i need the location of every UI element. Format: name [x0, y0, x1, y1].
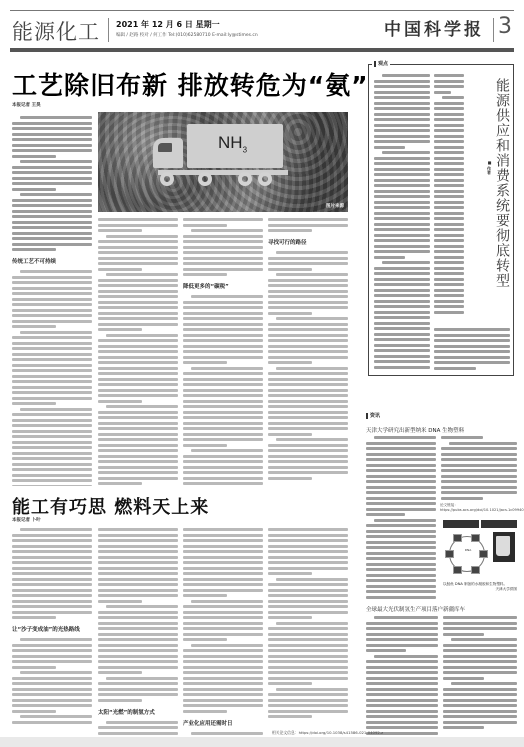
- label-marker-icon: [374, 61, 376, 67]
- lead-column-4: 寻找可行的路径: [268, 218, 348, 488]
- cycle-node-image: [471, 534, 480, 542]
- second-byline: 本报记者 卜叶: [12, 517, 41, 523]
- second-column-4: [268, 528, 348, 728]
- figure-caption: 以鲑鱼 DNA 制备的水凝胶和生物塑料。 天津大学供图: [443, 582, 517, 592]
- photo-credit: 图片来源: [326, 203, 344, 209]
- nh3-label: NH3: [218, 133, 247, 154]
- news-brief-label: 资讯: [366, 412, 380, 419]
- page-bottom-margin: [0, 737, 524, 747]
- lead-headline: 工艺除旧布新 排放转危为“氨”: [12, 66, 369, 102]
- brief-1-column-2: [441, 436, 517, 500]
- subhead: 传统工艺不可持续: [12, 257, 92, 265]
- top-rule: [10, 10, 514, 11]
- viewpoint-column-2: [434, 74, 464, 324]
- brief-2-column-1: [366, 616, 438, 736]
- subhead: 降低更多的“碳税”: [183, 282, 263, 290]
- cycle-node-image: [479, 550, 488, 558]
- subhead: 太阳“光燃”的制氢方式: [98, 708, 178, 716]
- brief-1-column-1: [366, 436, 436, 600]
- bioplastic-cup-image: [496, 536, 510, 556]
- hydrogel-strip-image: [481, 520, 517, 528]
- hydrogel-strip-image: [443, 520, 479, 528]
- viewpoint-label: 观点: [372, 60, 390, 67]
- subhead: 让“沙子变成油”的光热路线: [12, 625, 92, 633]
- viewpoint-author: ■ 作者: [486, 160, 492, 174]
- cycle-node-image: [445, 550, 454, 558]
- subhead: 产业化应用还需时日: [183, 719, 263, 727]
- second-column-3: 产业化应用还需时日: [183, 528, 263, 736]
- wheel-icon: [238, 172, 252, 186]
- cycle-node-image: [471, 566, 480, 574]
- editor-contact: 编辑 / 赵路 校对 / 何工作 Tel:(010)62580710 E-mai…: [116, 32, 258, 38]
- wheel-icon: [258, 172, 272, 186]
- lead-photo-ammonia-truck: NH3 图片来源: [98, 112, 348, 212]
- brief-1-doi: 论文链接：https://pubs.acs.org/doi/10.1021/ja…: [440, 503, 520, 513]
- second-column-1: 让“沙子变成油”的光热路线: [12, 528, 92, 736]
- masthead-divider: [108, 18, 109, 42]
- truck-window-graphic: [158, 143, 172, 152]
- subhead: 寻找可行的路径: [268, 238, 348, 246]
- lead-column-1: 传统工艺不可持续 绿色氨或成为“首选”: [12, 116, 92, 486]
- label-marker-icon: [366, 413, 368, 419]
- viewpoint-column-1: [374, 74, 430, 370]
- page-number: 3: [498, 14, 512, 39]
- second-column-2: 太阳“光燃”的制氢方式: [98, 528, 178, 736]
- figure-credit: 天津大学供图: [443, 587, 517, 592]
- second-headline: 能工有巧思 燃料天上来: [12, 493, 209, 519]
- page-number-divider: [493, 18, 494, 42]
- paper-reference: 相关论文信息：https://doi.org/10.1038/s41586-02…: [272, 730, 383, 735]
- dna-bioplastic-figure: DNA: [443, 520, 517, 580]
- cycle-center-label: DNA: [457, 548, 479, 552]
- wheel-icon: [198, 172, 212, 186]
- section-name: 能源化工: [12, 16, 100, 46]
- lead-column-2: [98, 218, 178, 488]
- masthead-bar: [10, 48, 514, 52]
- viewpoint-column-2-bottom: [434, 328, 510, 372]
- cycle-node-image: [453, 566, 462, 574]
- masthead: 能源化工 2021 年 12 月 6 日 星期一 编辑 / 赵路 校对 / 何工…: [10, 12, 514, 48]
- issue-date: 2021 年 12 月 6 日 星期一: [116, 19, 220, 30]
- brief-1-title: 天津大学研究出新型纳米 DNA 生物塑料: [366, 426, 464, 434]
- wheel-icon: [160, 172, 174, 186]
- lead-byline: 本报记者 王昊: [12, 102, 41, 108]
- brief-2-title: 全球最大光伏制氢生产项目落户新疆库车: [366, 605, 465, 613]
- brief-2-column-2: [443, 616, 517, 736]
- lead-column-3: 降低更多的“碳税”: [183, 218, 263, 488]
- newspaper-logo: 中国科学报: [384, 15, 484, 40]
- viewpoint-title: 能源供应和消费系统要彻底转型: [493, 78, 509, 288]
- cycle-node-image: [453, 534, 462, 542]
